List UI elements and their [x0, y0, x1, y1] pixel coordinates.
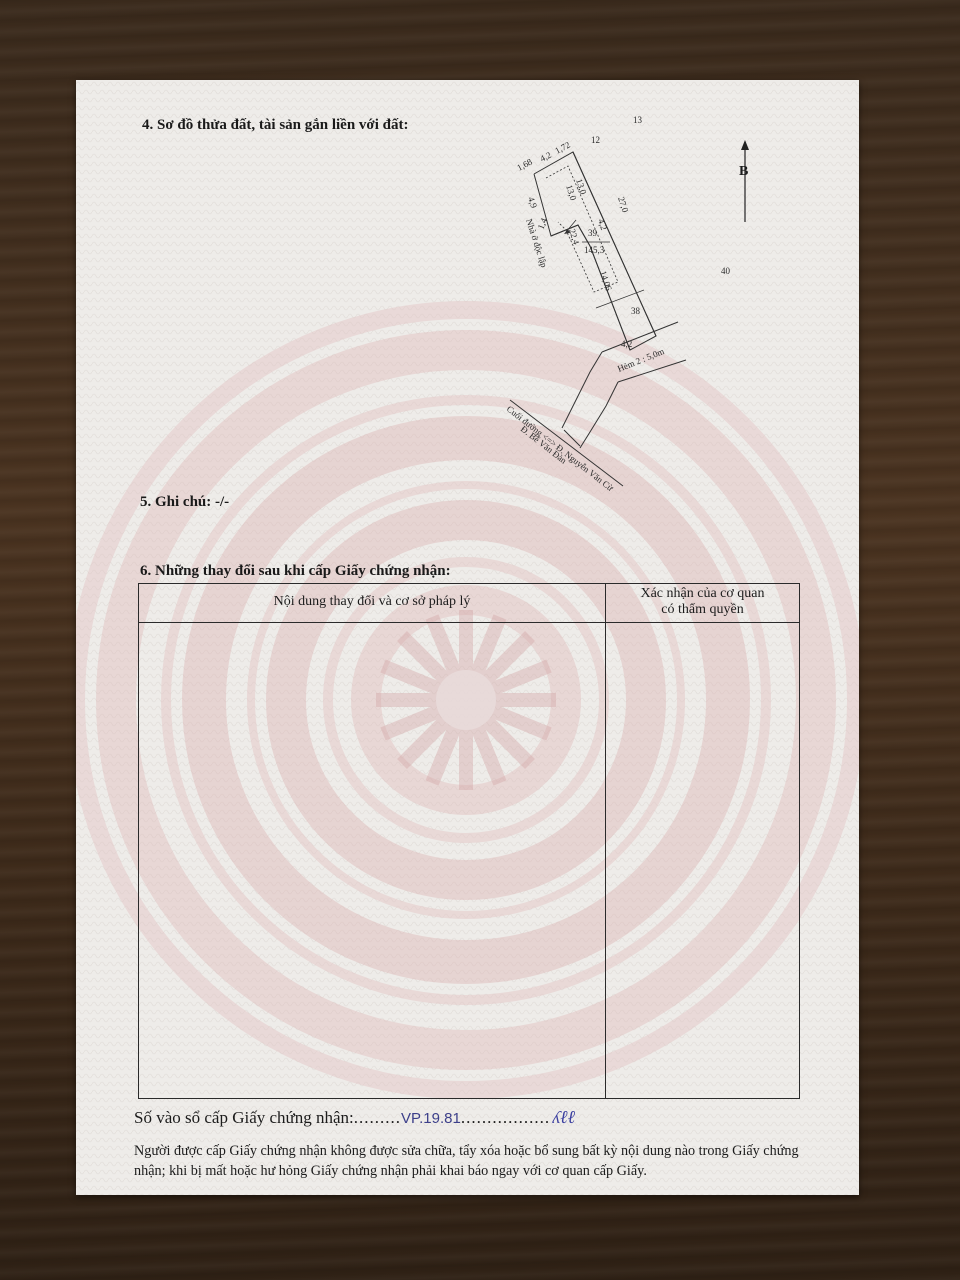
section-5-notes: 5. Ghi chú: -/-	[140, 494, 229, 511]
registration-line: Số vào sổ cấp Giấy chứng nhận:.........V…	[134, 1107, 575, 1128]
registration-number: VP.19.81	[401, 1110, 461, 1127]
parcel-number: 39	[588, 228, 598, 238]
certificate-page: 4. Sơ đồ thửa đất, tài sản gắn liền với …	[76, 80, 859, 1195]
header-authority-confirmation: Xác nhận của cơ quan có thẩm quyền	[606, 586, 799, 618]
adjacent-parcel-38: 38	[631, 306, 641, 316]
north-arrow: B	[731, 138, 761, 228]
registration-label: Số vào sổ cấp Giấy chứng nhận:	[134, 1108, 354, 1127]
header-change-content: Nội dung thay đổi và cơ sở pháp lý	[139, 594, 605, 610]
section-6-title: 6. Những thay đổi sau khi cấp Giấy chứng…	[140, 563, 451, 580]
dim-left-lower: 22,4	[567, 228, 582, 247]
north-label: B	[739, 164, 748, 180]
header-divider	[139, 622, 799, 623]
notice-text: Người được cấp Giấy chứng nhận không đượ…	[134, 1141, 824, 1181]
dim-right-lower: 14,06	[598, 270, 614, 293]
adjacent-parcel-40: 40	[721, 266, 731, 276]
dim-right-side: 27,0	[616, 196, 631, 215]
alley-label: Hẻm 2 : 5,0m	[616, 346, 666, 374]
changes-table: Nội dung thay đổi và cơ sở pháp lý Xác n…	[138, 583, 800, 1099]
dim-left-upper: 4,9	[526, 196, 539, 210]
registration-dots: .........	[354, 1108, 401, 1127]
dim-inner-width: 4,2	[596, 218, 609, 232]
header-authority-line-2: có thẩm quyền	[606, 602, 799, 618]
signature: ʎℓℓ	[552, 1107, 575, 1127]
north-arrow-icon	[731, 138, 761, 228]
dim-top-right: 1,72	[553, 140, 572, 156]
registration-dots-after: .................	[461, 1108, 550, 1127]
dim-top-left: 1,68	[515, 156, 534, 172]
header-authority-line-1: Xác nhận của cơ quan	[606, 586, 799, 602]
adjacent-parcel-13: 13	[633, 115, 643, 125]
certificate-content: 4. Sơ đồ thửa đất, tài sản gắn liền với …	[76, 80, 859, 1195]
adjacent-parcel-12: 12	[591, 135, 600, 145]
dim-bottom-width: 4,2	[621, 339, 632, 349]
land-parcel-diagram: 13 12 40 38 1,68 4,2 1,72 4,9 1,4 13,0 1…	[496, 110, 756, 530]
dim-top-mid: 4,2	[538, 150, 553, 164]
section-4-title: 4. Sơ đồ thửa đất, tài sản gắn liền với …	[142, 117, 409, 134]
column-divider	[605, 584, 606, 1098]
parcel-area: 145,3	[584, 245, 605, 255]
